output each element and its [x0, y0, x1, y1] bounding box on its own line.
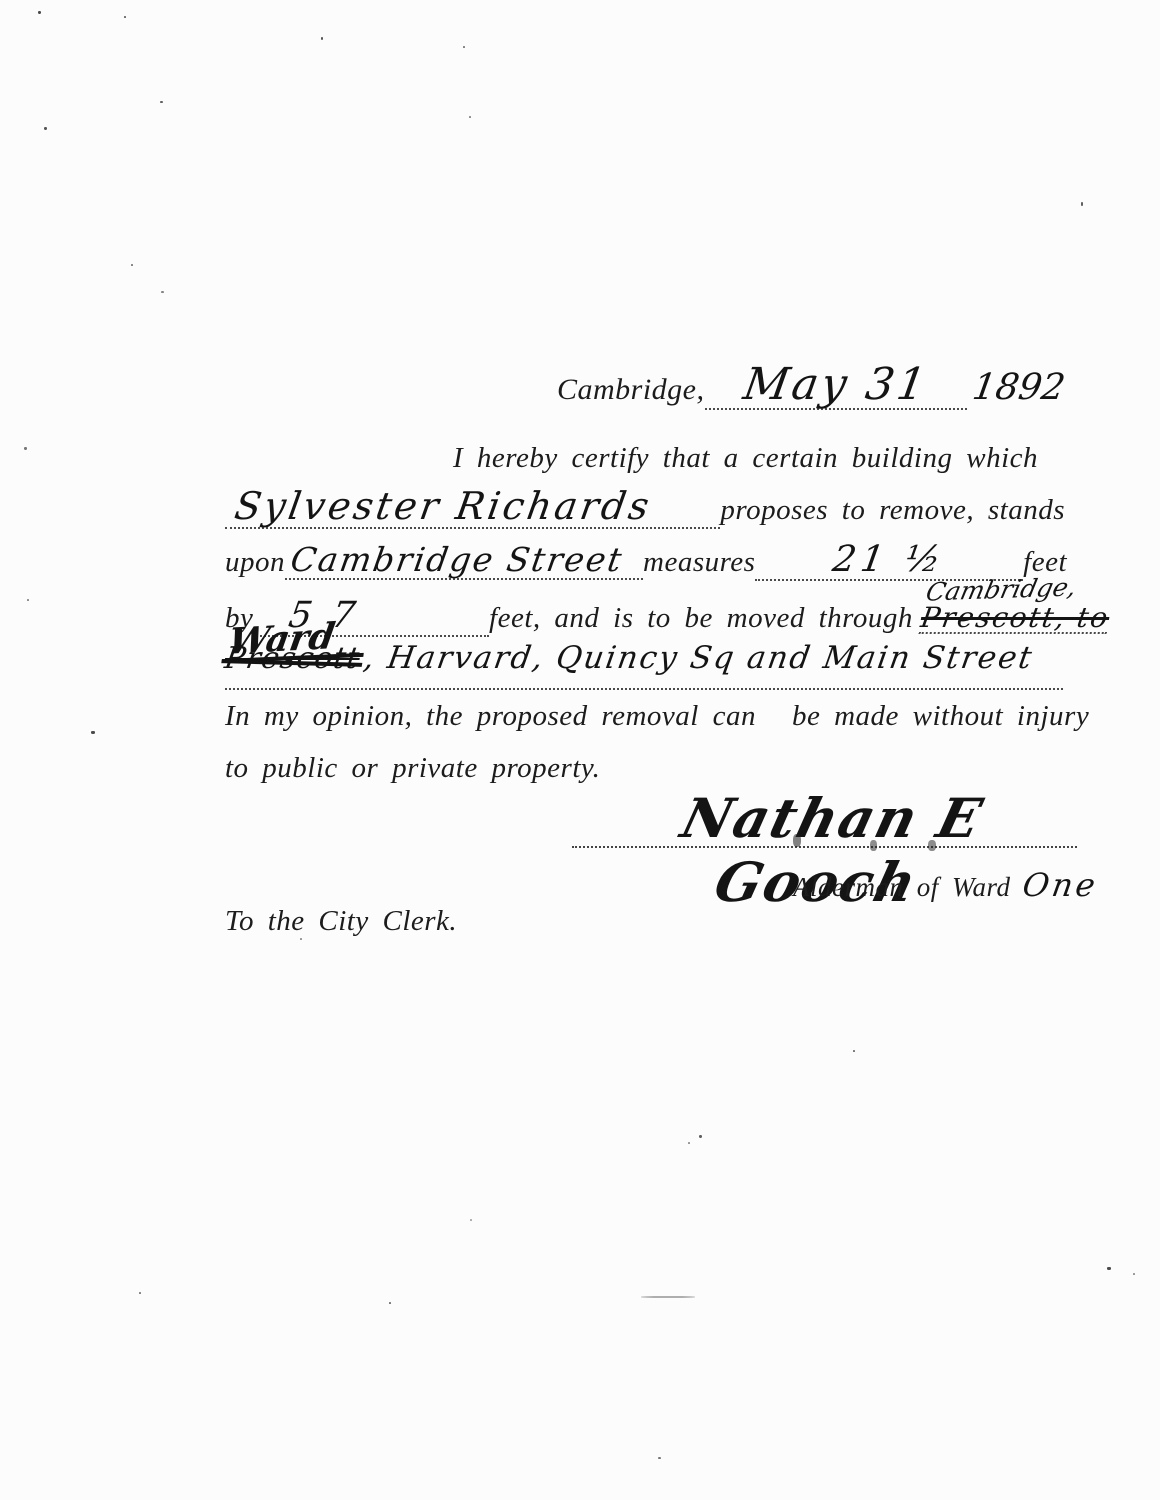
alderman-line: Alderman of Ward One	[793, 866, 1097, 904]
scan-speckle	[1133, 1273, 1135, 1275]
scan-speckle	[124, 16, 126, 18]
scan-speckle	[1081, 202, 1083, 206]
alderman-label: Alderman of Ward	[793, 872, 1011, 903]
opinion-line-1: In my opinion, the proposed removal can …	[225, 700, 1089, 733]
date-written: May 31	[740, 362, 931, 408]
artifact-layer	[0, 0, 1160, 1500]
addressee-line: To the City Clerk.	[225, 905, 457, 938]
edit-stack-cambridge: Cambridge, Prescott, to	[921, 603, 1109, 634]
struck-prescott-to: Prescott, to	[918, 603, 1111, 634]
scan-speckle	[91, 731, 95, 734]
measures-label: measures	[643, 546, 755, 579]
scan-speckle	[470, 1219, 472, 1221]
scan-speckle	[469, 116, 471, 118]
location-line: upon Cambridge Street measures 21 ½ feet	[225, 541, 1067, 581]
ward-number-written: One	[1020, 866, 1101, 904]
opinion-part-b: be made without injury	[792, 700, 1089, 733]
moved-label: feet, and is to be moved through	[489, 602, 913, 635]
scan-speckle	[44, 127, 47, 130]
scan-speckle	[300, 938, 302, 940]
scan-speckle	[321, 37, 323, 40]
addressee-text: To the City Clerk.	[225, 905, 457, 938]
place-label: Cambridge,	[557, 373, 705, 407]
owner-written: Sylvester Richards	[232, 487, 655, 527]
opinion-text-2: to public or private property.	[225, 752, 600, 785]
year-written: 1892	[970, 367, 1068, 408]
scan-speckle	[463, 46, 465, 48]
scan-speckle	[38, 11, 41, 14]
upon-label: upon	[225, 546, 285, 579]
dateline: Cambridge, May 31 1892	[557, 362, 1065, 410]
scan-speckle	[658, 1457, 661, 1459]
scan-speckle	[853, 1050, 855, 1052]
route-written: , Harvard, Quincy Sq and Main Street	[361, 642, 1035, 675]
scan-speckle	[24, 447, 27, 450]
width-written: 21 ½	[830, 541, 948, 579]
owner-blank: Sylvester Richards	[225, 487, 720, 529]
opinion-part-a: In my opinion, the proposed removal can	[225, 700, 756, 733]
scan-speckle	[27, 599, 29, 601]
scan-speckle	[131, 264, 133, 266]
scan-speckle	[389, 1302, 391, 1304]
owner-line: Sylvester Richards proposes to remove, s…	[225, 487, 1065, 529]
signature-line: Nathan E Gooch	[572, 776, 1077, 848]
scan-speckle	[641, 1296, 695, 1298]
scanned-document-page: Cambridge, May 31 1892 I hereby certify …	[0, 0, 1160, 1500]
struck-prescott: Prescott	[223, 643, 363, 675]
scan-speckle	[161, 291, 164, 293]
scan-speckle	[699, 1135, 702, 1138]
signature-blank: Nathan E Gooch	[572, 776, 1077, 848]
scan-speckle	[139, 1292, 141, 1294]
edit-stack-ward: Ward Prescott	[225, 643, 360, 675]
proposes-label: proposes to remove, stands	[720, 494, 1065, 527]
date-blank: May 31	[705, 362, 968, 410]
scan-speckle	[688, 1142, 690, 1144]
location-blank: Cambridge Street	[285, 543, 643, 580]
scan-speckle	[1107, 1267, 1111, 1270]
scan-speckle	[160, 101, 163, 103]
opinion-line-2: to public or private property.	[225, 752, 600, 785]
location-written: Cambridge Street	[288, 543, 625, 578]
moved-line: by 57 feet, and is to be moved through C…	[225, 597, 1109, 637]
route-line: Ward Prescott , Harvard, Quincy Sq and M…	[225, 642, 1063, 690]
certify-text: I hereby certify that a certain building…	[453, 442, 1038, 475]
certify-line: I hereby certify that a certain building…	[453, 442, 1038, 475]
